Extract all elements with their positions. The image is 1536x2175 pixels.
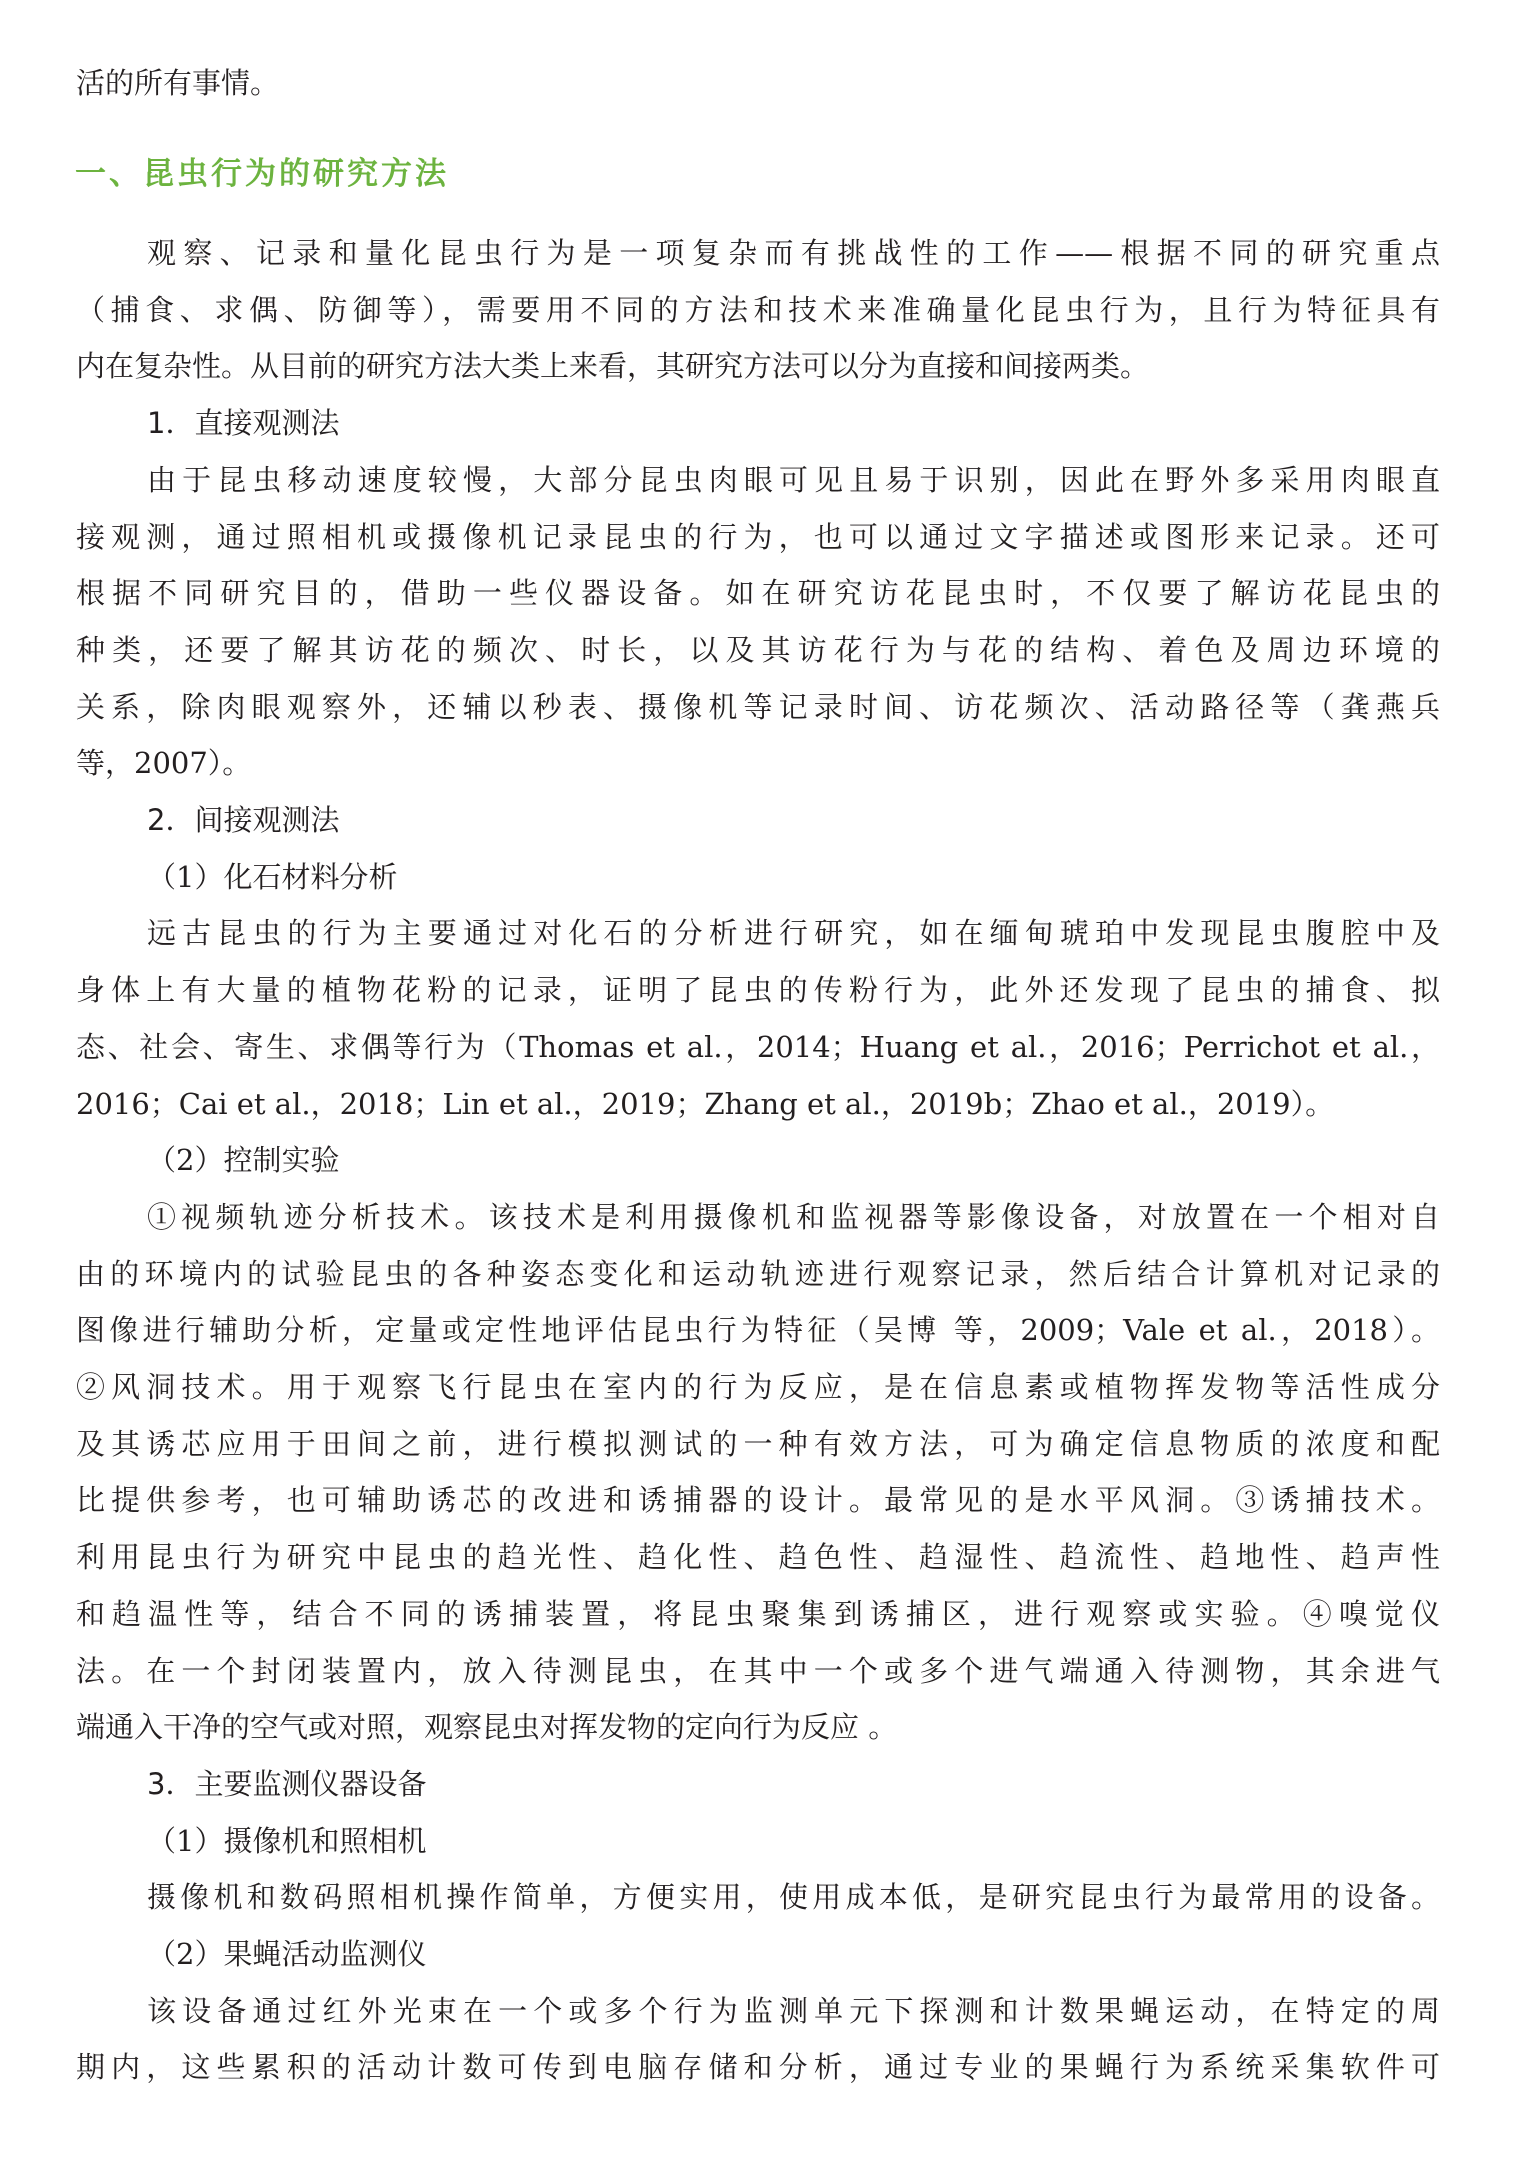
text-line: （2）控制实验 (147, 1140, 1440, 1180)
text-line: 2016；Cai et al.，2018；Lin et al.，2019；Zha… (76, 1084, 1440, 1124)
text-line: 由的环境内的试验昆虫的各种姿态变化和运动轨迹进行观察记录，然后结合计算机对记录的 (76, 1254, 1440, 1294)
text-line: 等，2007）。 (76, 743, 1440, 783)
text-line: 利用昆虫行为研究中昆虫的趋光性、趋化性、趋色性、趋湿性、趋流性、趋地性、趋声性 (76, 1537, 1440, 1577)
text-line: 身体上有大量的植物花粉的记录，证明了昆虫的传粉行为，此外还发现了昆虫的捕食、拟 (76, 970, 1440, 1010)
text-line: 期内，这些累积的活动计数可传到电脑存储和分析，通过专业的果蝇行为系统采集软件可 (76, 2047, 1440, 2087)
text-line: 根据不同研究目的，借助一些仪器设备。如在研究访花昆虫时，不仅要了解访花昆虫的 (76, 573, 1440, 613)
text-line: 摄像机和数码照相机操作简单，方便实用，使用成本低，是研究昆虫行为最常用的设备。 (147, 1877, 1440, 1917)
text-line: （1）化石材料分析 (147, 857, 1440, 897)
text-line: 观察、记录和量化昆虫行为是一项复杂而有挑战性的工作——根据不同的研究重点 (147, 233, 1440, 273)
text-line: 远古昆虫的行为主要通过对化石的分析进行研究，如在缅甸琥珀中发现昆虫腹腔中及 (147, 913, 1440, 953)
section-heading: 一、昆虫行为的研究方法 (75, 154, 449, 194)
text-line: 关系，除肉眼观察外，还辅以秒表、摄像机等记录时间、访花频次、活动路径等（龚燕兵 (76, 687, 1440, 727)
text-line: 端通入干净的空气或对照，观察昆虫对挥发物的定向行为反应 。 (76, 1707, 1440, 1747)
text-line: 和趋温性等，结合不同的诱捕装置，将昆虫聚集到诱捕区，进行观察或实验。④嗅觉仪 (76, 1594, 1440, 1634)
text-line: （2）果蝇活动监测仪 (147, 1934, 1440, 1974)
text-line: 种类，还要了解其访花的频次、时长，以及其访花行为与花的结构、着色及周边环境的 (76, 630, 1440, 670)
subsection-heading: 3．主要监测仪器设备 (147, 1764, 1440, 1804)
text-line: 比提供参考，也可辅助诱芯的改进和诱捕器的设计。最常见的是水平风洞。③诱捕技术。 (76, 1480, 1440, 1520)
text-line: ①视频轨迹分析技术。该技术是利用摄像机和监视器等影像设备，对放置在一个相对自 (147, 1197, 1440, 1237)
text-line: （1）摄像机和照相机 (147, 1821, 1440, 1861)
text-line: 该设备通过红外光束在一个或多个行为监测单元下探测和计数果蝇运动，在特定的周 (147, 1991, 1440, 2031)
text-line: 内在复杂性。从目前的研究方法大类上来看，其研究方法可以分为直接和间接两类。 (76, 346, 1440, 386)
text-line: 由于昆虫移动速度较慢，大部分昆虫肉眼可见且易于识别，因此在野外多采用肉眼直 (147, 460, 1440, 500)
text-line: 及其诱芯应用于田间之前，进行模拟测试的一种有效方法，可为确定信息物质的浓度和配 (76, 1424, 1440, 1464)
document-page: 活的所有事情。 一、昆虫行为的研究方法 观察、记录和量化昆虫行为是一项复杂而有挑… (0, 0, 1536, 2175)
text-line: 法。在一个封闭装置内，放入待测昆虫，在其中一个或多个进气端通入待测物，其余进气 (76, 1651, 1440, 1691)
text-line: ②风洞技术。用于观察飞行昆虫在室内的行为反应，是在信息素或植物挥发物等活性成分 (76, 1367, 1440, 1407)
text-line: （捕食、求偶、防御等），需要用不同的方法和技术来准确量化昆虫行为，且行为特征具有 (76, 290, 1440, 330)
text-line: 接观测，通过照相机或摄像机记录昆虫的行为，也可以通过文字描述或图形来记录。还可 (76, 517, 1440, 557)
subsection-heading: 1．直接观测法 (147, 403, 1440, 443)
subsection-heading: 2．间接观测法 (147, 800, 1440, 840)
text-line: 图像进行辅助分析，定量或定性地评估昆虫行为特征（吴博 等，2009；Vale e… (76, 1310, 1440, 1350)
text-line: 态、社会、寄生、求偶等行为（Thomas et al.，2014；Huang e… (76, 1027, 1440, 1067)
opening-line: 活的所有事情。 (76, 63, 1440, 103)
